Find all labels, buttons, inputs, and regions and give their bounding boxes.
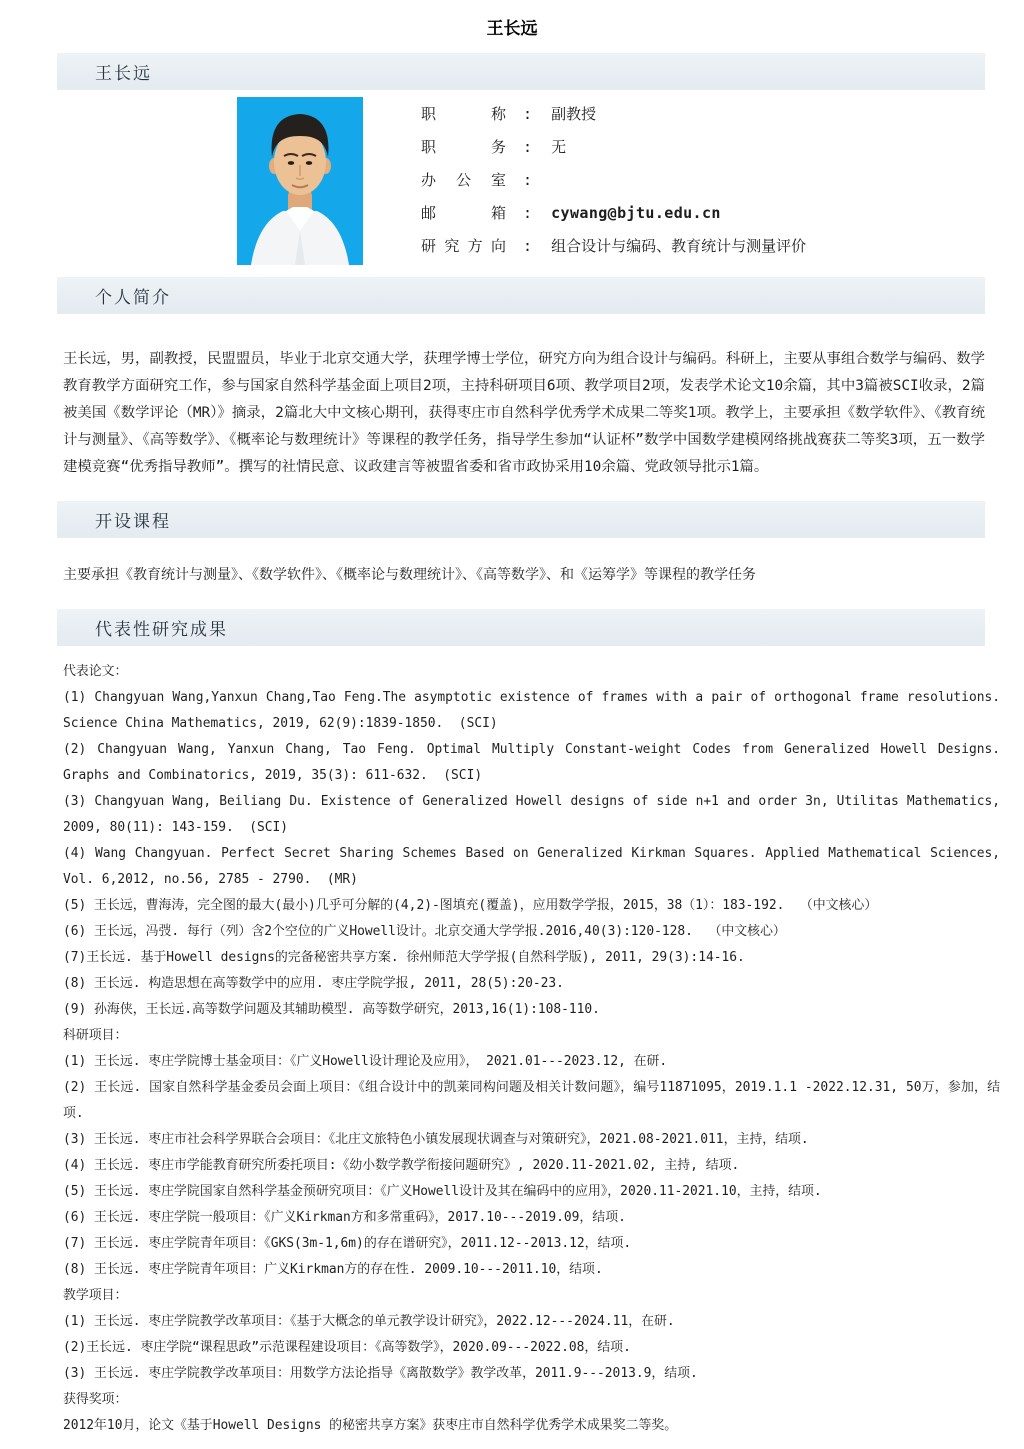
profile-field-separator: : xyxy=(515,230,542,263)
profile-field-row: 职务 : 无 xyxy=(421,131,806,164)
portrait-photo xyxy=(237,97,363,265)
research-line: (6) 王长远，冯弢. 每行（列）含2个空位的广义Howell设计。北京交通大学… xyxy=(63,919,1000,945)
profile-fields: 职称 : 副教授 职务 : 无 办公室 : 邮箱 : cywang@bjtu.e… xyxy=(421,98,806,263)
profile-field-separator: : xyxy=(515,131,542,164)
research-line: (1) 王长远. 枣庄学院教学改革项目：《基于大概念的单元教学设计研究》，202… xyxy=(63,1309,1000,1335)
intro-section-title: 个人简介 xyxy=(95,283,171,308)
profile-field-value: cywang@bjtu.edu.cn xyxy=(551,204,721,222)
name-header-label: 王长远 xyxy=(95,59,152,84)
research-line: (7) 王长远. 枣庄学院青年项目：《GKS(3m-1,6m)的存在谱研究》，2… xyxy=(63,1231,1000,1257)
name-header-bar: 王长远 xyxy=(57,53,985,90)
research-line: (1) 王长远. 枣庄学院博士基金项目：《广义Howell设计理论及应用》， 2… xyxy=(63,1049,1000,1075)
profile-field-separator: : xyxy=(515,164,542,197)
profile-field-row: 办公室 : xyxy=(421,164,806,197)
research-line: (5) 王长远. 枣庄学院国家自然科学基金预研究项目：《广义Howell设计及其… xyxy=(63,1179,1000,1205)
research-line: (5) 王长远，曹海涛，完全图的最大(最小)几乎可分解的(4,2)-图填充(覆盖… xyxy=(63,893,1000,919)
research-line: (8) 王长远. 枣庄学院青年项目：广义Kirkman方的存在性. 2009.1… xyxy=(63,1257,1000,1283)
research-line: (3) 王长远. 枣庄学院教学改革项目：用数学方法论指导《离散数学》教学改革，2… xyxy=(63,1361,1000,1387)
person-eye-right xyxy=(306,161,312,165)
page-title: 王长远 xyxy=(0,0,1024,53)
research-line: 2012年10月，论文《基于Howell Designs 的秘密共享方案》获枣庄… xyxy=(63,1413,1000,1439)
courses-section-header: 开设课程 xyxy=(57,501,985,538)
research-line: (3) 王长远. 枣庄市社会科学界联合会项目：《北庄文旅特色小镇发展现状调查与对… xyxy=(63,1127,1000,1153)
profile-field-value: 副教授 xyxy=(551,105,596,123)
research-line: (2)王长远. 枣庄学院“课程思政”示范课程建设项目：《高等数学》，2020.0… xyxy=(63,1335,1000,1361)
profile-field-row: 研究方向 : 组合设计与编码、教育统计与测量评价 xyxy=(421,230,806,263)
intro-body: 王长远，男，副教授，民盟盟员，毕业于北京交通大学，获理学博士学位，研究方向为组合… xyxy=(0,314,1024,501)
research-line: (8) 王长远. 构造思想在高等数学中的应用. 枣庄学院学报, 2011, 28… xyxy=(63,971,1000,997)
research-section-header: 代表性研究成果 xyxy=(57,609,985,646)
profile-field-label: 研究方向 xyxy=(421,230,506,263)
research-section-title: 代表性研究成果 xyxy=(95,615,228,640)
research-line: (4) 王长远. 枣庄市学能教育研究所委托项目:《幼小数学教学衔接问题研究》, … xyxy=(63,1153,1000,1179)
profile-field-value: 无 xyxy=(551,138,566,156)
research-line: (3) Changyuan Wang, Beiliang Du. Existen… xyxy=(63,789,1000,841)
research-line: 教学项目： xyxy=(63,1283,1000,1309)
faculty-profile-page: 王长远 王长远 职称 xyxy=(0,0,1024,1449)
research-list: 代表论文： (1) Changyuan Wang,Yanxun Chang,Ta… xyxy=(0,646,1024,1439)
profile-field-label: 职务 xyxy=(421,131,506,164)
research-line: (6) 王长远. 枣庄学院一般项目：《广义Kirkman方和多常重码》，2017… xyxy=(63,1205,1000,1231)
profile-field-label: 邮箱 xyxy=(421,197,506,230)
portrait-photo-svg xyxy=(237,97,363,265)
profile-field-row: 职称 : 副教授 xyxy=(421,98,806,131)
research-line: 代表论文： xyxy=(63,659,1000,685)
person-eye-left xyxy=(288,161,294,165)
courses-body: 主要承担《教育统计与测量》、《数学软件》、《概率论与数理统计》、《高等数学》、和… xyxy=(0,538,1024,609)
courses-section-title: 开设课程 xyxy=(95,507,171,532)
research-line: (7)王长远. 基于Howell designs的完备秘密共享方案. 徐州师范大… xyxy=(63,945,1000,971)
research-line: (2) 王长远. 国家自然科学基金委员会面上项目：《组合设计中的凯莱同构问题及相… xyxy=(63,1075,1000,1127)
research-line: (9) 孙海侠，王长远.高等数学问题及其辅助模型. 高等数学研究，2013,16… xyxy=(63,997,1000,1023)
profile-field-separator: : xyxy=(515,98,542,131)
research-line: (4) Wang Changyuan. Perfect Secret Shari… xyxy=(63,841,1000,893)
profile-field-row: 邮箱 : cywang@bjtu.edu.cn xyxy=(421,197,806,230)
profile-section: 职称 : 副教授 职务 : 无 办公室 : 邮箱 : cywang@bjtu.e… xyxy=(0,90,1024,277)
research-line: (2) Changyuan Wang, Yanxun Chang, Tao Fe… xyxy=(63,737,1000,789)
research-line: (1) Changyuan Wang,Yanxun Chang,Tao Feng… xyxy=(63,685,1000,737)
profile-field-separator: : xyxy=(515,197,542,230)
profile-field-value: 组合设计与编码、教育统计与测量评价 xyxy=(551,237,806,255)
research-line: 获得奖项： xyxy=(63,1387,1000,1413)
intro-section-header: 个人简介 xyxy=(57,277,985,314)
research-line: 科研项目： xyxy=(63,1023,1000,1049)
profile-field-label: 职称 xyxy=(421,98,506,131)
profile-field-label: 办公室 xyxy=(421,164,506,197)
